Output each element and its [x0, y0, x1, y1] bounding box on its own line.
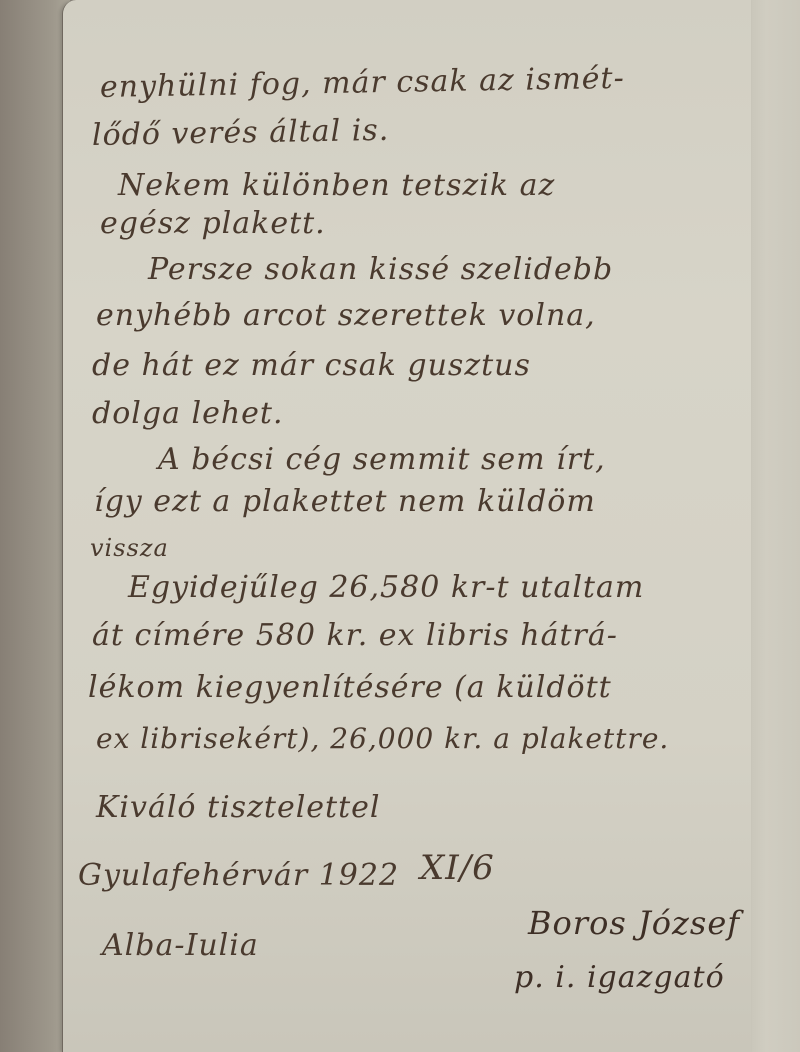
letter-line: Egyidejűleg 26,580 kr-t utaltam [128, 570, 644, 605]
letter-line: de hát ez már csak gusztus [92, 348, 531, 383]
signature-name: Boros József [528, 904, 740, 942]
date-fraction: XI/6 [420, 848, 495, 888]
letter-line: lődő verés által is. [92, 113, 390, 153]
letter-line: Persze sokan kissé szelidebb [148, 252, 613, 287]
place-date: Gyulafehérvár 1922 [78, 858, 399, 893]
letter-line: át címére 580 kr. ex libris hátrá- [92, 618, 618, 653]
letter-line: egész plakett. [100, 206, 326, 241]
letter-line: így ezt a plakettet nem küldöm [94, 484, 596, 519]
letter-line: Nekem különben tetszik az [118, 168, 555, 203]
background-surface [0, 0, 70, 1052]
letter-line: A bécsi cég semmit sem írt, [158, 442, 606, 477]
letter-line: dolga lehet. [92, 396, 284, 431]
letter-line: ex librisekért), 26,000 kr. a plakettre. [96, 722, 669, 755]
closing-line: Kiváló tisztelettel [96, 790, 381, 825]
letter-line: enyhébb arcot szerettek volna, [96, 298, 596, 333]
signature-title: p. i. igazgató [514, 960, 725, 995]
place-alternate: Alba-Iulia [102, 928, 259, 963]
letter-line: vissza [90, 534, 169, 562]
letter-line: lékom kiegyenlítésére (a küldött [88, 670, 612, 705]
letter-page [62, 0, 751, 1052]
